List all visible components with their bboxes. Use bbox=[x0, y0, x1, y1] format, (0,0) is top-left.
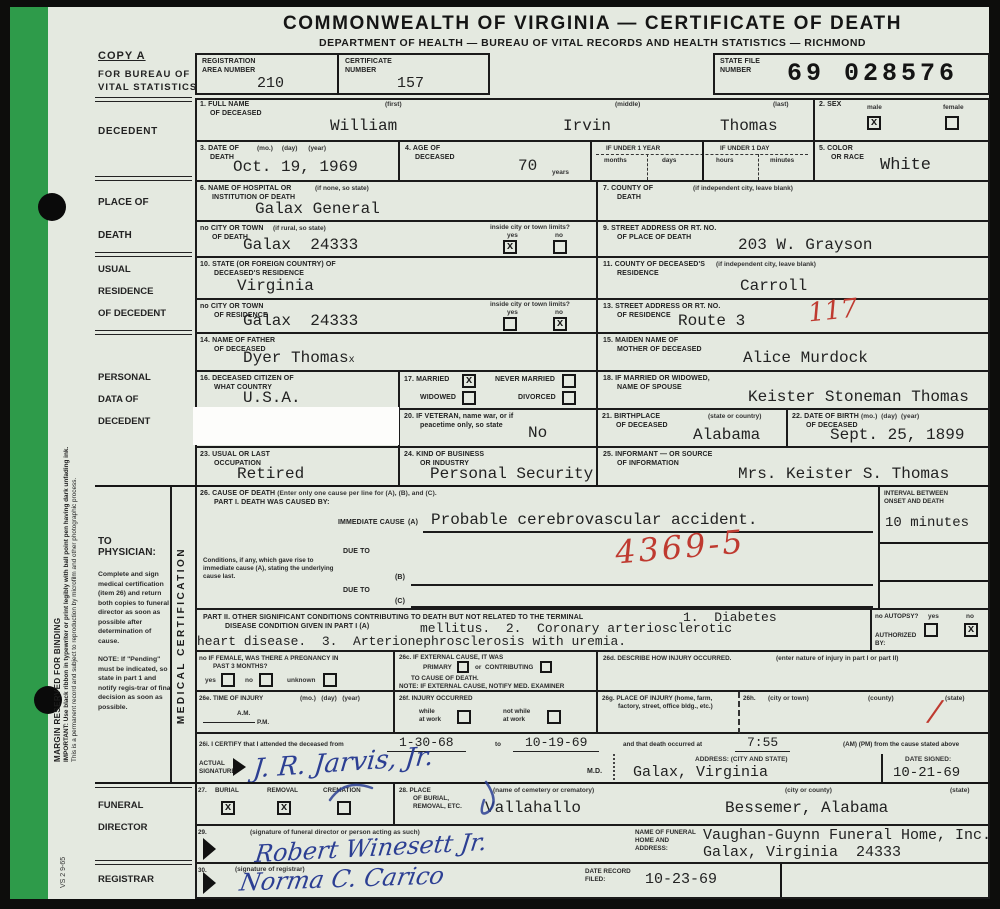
red-annotation-117: 117 bbox=[807, 293, 860, 328]
funeral-home-name: Vaughan-Guynn Funeral Home, Inc. bbox=[703, 827, 991, 844]
field-time-of-injury: 26e. TIME OF INJURY (mo.) (day) (year) A… bbox=[195, 692, 395, 734]
field-interval: INTERVAL BETWEENONSET AND DEATH 10 minut… bbox=[880, 487, 990, 610]
field-cause-of-death: 26. CAUSE OF DEATH (Enter only one cause… bbox=[195, 487, 880, 610]
field-pregnancy: no IF FEMALE, WAS THERE A PREGNANCY INPA… bbox=[195, 652, 395, 692]
field-date-of-death: 3. DATE OFDEATH (mo.) (day) (year) Oct. … bbox=[195, 142, 400, 182]
months-label: months bbox=[604, 157, 627, 165]
field-injury-occurred: 26f. INJURY OCCURRED whileat work not wh… bbox=[395, 692, 598, 734]
conditions-note: Conditions, if any, which gave rise to i… bbox=[203, 557, 343, 581]
field-age: 4. AGE OFDECEASED 70 years bbox=[400, 142, 592, 182]
field-citizen: 16. DECEASED CITIZEN OFWHAT COUNTRY U.S.… bbox=[195, 372, 400, 410]
autopsy-yes-checkbox bbox=[924, 623, 938, 637]
stray-mark: x bbox=[349, 355, 355, 366]
registrar-signature-arrow-icon bbox=[203, 872, 216, 894]
form-code: VS 2 9-65 bbox=[60, 857, 67, 888]
certificate-number-label1: CERTIFICATE bbox=[345, 58, 392, 65]
field-street-residence: 13. STREET ADDRESS OR RT. NO.OF RESIDENC… bbox=[598, 300, 990, 334]
field-father-name: 14. NAME OF FATHEROF DECEASED Dyer Thoma… bbox=[195, 334, 598, 372]
widowed-checkbox bbox=[462, 391, 476, 405]
male-caption: male bbox=[867, 104, 882, 111]
sex-female-checkbox bbox=[945, 116, 959, 130]
field-under-one: IF UNDER 1 YEAR IF UNDER 1 DAY months da… bbox=[592, 142, 815, 182]
under-1-year-label: IF UNDER 1 YEAR bbox=[606, 145, 660, 153]
minutes-label: minutes bbox=[770, 157, 794, 165]
funeral-signature-arrow-icon bbox=[203, 838, 216, 860]
section-personal-2: DATA OF bbox=[98, 394, 138, 405]
injury-at-work-checkbox bbox=[457, 710, 471, 724]
field-registrar: 30. (signature of registrar) Norma C. Ca… bbox=[195, 864, 990, 899]
street-residence-value: Route 3 bbox=[678, 312, 745, 330]
cemetery-value: Vallahallo bbox=[485, 799, 581, 817]
hole-punch-top bbox=[38, 193, 66, 221]
signature-arrow-icon bbox=[233, 758, 246, 776]
copy-label: COPY A bbox=[98, 50, 146, 62]
divorced-checkbox bbox=[562, 391, 576, 405]
county-residence-value: Carroll bbox=[740, 277, 807, 295]
mother-name-value: Alice Murdock bbox=[743, 349, 868, 367]
date-filed-value: 10-23-69 bbox=[645, 871, 717, 888]
to-physician-1: TO bbox=[98, 536, 112, 547]
burial-checkbox: x bbox=[221, 801, 235, 815]
res-limits-yes-checkbox bbox=[503, 317, 517, 331]
registration-area-label1: REGISTRATION bbox=[202, 58, 256, 65]
date-captions: (mo.) (day) (year) bbox=[257, 145, 326, 152]
section-funeral-2: DIRECTOR bbox=[98, 822, 147, 833]
last-name-value: Thomas bbox=[720, 117, 778, 135]
external-contributing-checkbox bbox=[540, 661, 552, 673]
certificate-number-label2: NUMBER bbox=[345, 67, 376, 74]
age-unit: years bbox=[552, 169, 569, 176]
date-of-birth-value: Sept. 25, 1899 bbox=[830, 426, 964, 444]
to-physician-2: PHYSICIAN: bbox=[98, 547, 156, 558]
registrar-signature: Norma C. Carico bbox=[238, 861, 447, 896]
field-veteran: 20. IF VETERAN, name war, or ifpeacetime… bbox=[400, 410, 598, 448]
section-decedent: DECEDENT bbox=[98, 126, 158, 137]
field-place-of-burial: 28. PLACEOF BURIAL,REMOVAL, ETC. (name o… bbox=[395, 784, 990, 826]
registration-area-value: 210 bbox=[257, 75, 284, 92]
md-label: M.D. bbox=[587, 768, 602, 777]
field-date-of-birth: 22. DATE OF BIRTH (mo.) (day) (year)OF D… bbox=[788, 410, 990, 448]
copy-for-line1: FOR BUREAU OF bbox=[98, 69, 190, 80]
street-of-death-value: 203 W. Grayson bbox=[738, 236, 872, 254]
field-state-residence: 10. STATE (OR FOREIGN COUNTRY) OFDECEASE… bbox=[195, 258, 598, 300]
field-street-of-death: 9. STREET ADDRESS OR RT. NO.OF PLACE OF … bbox=[598, 222, 990, 258]
business-value: Personal Security bbox=[430, 465, 593, 483]
certificate-title: COMMONWEALTH OF VIRGINIA — CERTIFICATE O… bbox=[195, 13, 990, 35]
hospital-value: Galax General bbox=[255, 200, 380, 218]
pregnancy-unknown-checkbox bbox=[323, 673, 337, 687]
field-city-of-death: no CITY OR TOWNOF DEATH (if rural, so st… bbox=[195, 222, 598, 258]
certificate-subtitle: DEPARTMENT OF HEALTH — BUREAU OF VITAL R… bbox=[195, 37, 990, 49]
state-residence-value: Virginia bbox=[237, 277, 314, 295]
registration-area-label2: AREA NUMBER bbox=[202, 67, 255, 74]
death-time-value: 7:55 bbox=[735, 735, 790, 752]
city-limits-no-checkbox bbox=[553, 240, 567, 254]
external-primary-checkbox bbox=[457, 661, 469, 673]
field-business: 24. KIND OF BUSINESSOR INDUSTRY Personal… bbox=[400, 448, 598, 487]
field-funeral-director: 29. (signature of funeral director or pe… bbox=[195, 826, 990, 864]
section-funeral-1: FUNERAL bbox=[98, 800, 143, 811]
date-signed-value: 10-21-69 bbox=[893, 765, 960, 781]
field-hospital: 6. NAME OF HOSPITAL ORINSTITUTION OF DEA… bbox=[195, 182, 598, 222]
field-how-injury: 26d. DESCRIBE HOW INJURY OCCURRED. (ente… bbox=[598, 652, 990, 692]
middle-caption: (middle) bbox=[615, 101, 640, 108]
female-caption: female bbox=[943, 104, 964, 111]
cremation-checkbox bbox=[337, 801, 351, 815]
medical-certification-label: MEDICAL CERTIFICATION bbox=[176, 493, 187, 778]
first-caption: (first) bbox=[385, 101, 402, 108]
section-place-of-death-2: DEATH bbox=[98, 230, 132, 241]
field-full-name: 1. FULL NAMEOF DECEASED (first) (middle)… bbox=[195, 98, 815, 142]
death-certificate-scan: MARGIN RESERVED FOR BINDING IMPORTANT: U… bbox=[0, 0, 1000, 909]
state-file-label1: STATE FILE bbox=[720, 58, 760, 65]
section-personal-3: DECEDENT bbox=[98, 416, 150, 427]
part2-typed-3: heart disease. 3. Arterionephrosclerosis… bbox=[197, 634, 626, 649]
days-label: days bbox=[662, 157, 676, 165]
never-married-checkbox bbox=[562, 374, 576, 388]
section-residence-2: RESIDENCE bbox=[98, 286, 153, 297]
section-residence-1: USUAL bbox=[98, 264, 131, 275]
pregnancy-no-checkbox bbox=[259, 673, 273, 687]
field-county-of-death: 7. COUNTY OFDEATH (if independent city, … bbox=[598, 182, 990, 222]
veteran-value: No bbox=[528, 424, 547, 442]
spouse-value: Keister Stoneman Thomas bbox=[748, 388, 969, 406]
field-county-residence: 11. COUNTY OF DECEASED'SRESIDENCE (if in… bbox=[598, 258, 990, 300]
field-birthplace: 21. BIRTHPLACEOF DECEASED (state or coun… bbox=[598, 410, 788, 448]
field-physician-address: ADDRESS: (CITY AND STATE) Galax, Virgini… bbox=[615, 754, 883, 784]
field-physician-signature: ACTUALSIGNATURE J. R. Jarvis, Jr. M.D. bbox=[195, 754, 615, 784]
certificate-number-value: 157 bbox=[397, 75, 424, 92]
field-disposition: 27. BURIAL REMOVAL CREMATION x x bbox=[195, 784, 395, 826]
field-redacted-19 bbox=[195, 410, 400, 448]
autopsy-no-checkbox: x bbox=[964, 623, 978, 637]
section-place-of-death-1: PLACE OF bbox=[98, 197, 149, 208]
date-of-death-value: Oct. 19, 1969 bbox=[233, 158, 358, 176]
color-race-value: White bbox=[880, 156, 931, 175]
field-marital-status: 17. MARRIED x NEVER MARRIED WIDOWED DIVO… bbox=[400, 372, 598, 410]
physician-note: Complete and sign medical certification … bbox=[98, 570, 174, 646]
res-limits-no-checkbox: x bbox=[553, 317, 567, 331]
physician-address-value: Galax, Virginia bbox=[633, 764, 768, 781]
field-date-signed: DATE SIGNED: 10-21-69 bbox=[883, 754, 990, 784]
field-place-of-injury: 26g. PLACE OF INJURY (home, farm,factory… bbox=[598, 692, 740, 734]
funeral-home-address: Galax, Virginia 24333 bbox=[703, 844, 901, 861]
red-slash-mark: / bbox=[928, 693, 943, 729]
field-city-residence: no CITY OR TOWNOF RESIDENCE Galax 24333 … bbox=[195, 300, 598, 334]
injury-not-at-work-checkbox bbox=[547, 710, 561, 724]
citizen-value: U.S.A. bbox=[243, 389, 301, 407]
married-checkbox: x bbox=[462, 374, 476, 388]
field-occupation: 23. USUAL OR LASTOCCUPATION Retired bbox=[195, 448, 400, 487]
section-registrar: REGISTRAR bbox=[98, 874, 154, 885]
state-file-value: 69 028576 bbox=[787, 59, 958, 88]
birthplace-value: Alabama bbox=[693, 426, 760, 444]
field-sex: 2. SEX male female x bbox=[815, 98, 990, 142]
section-personal-1: PERSONAL bbox=[98, 372, 151, 383]
informant-value: Mrs. Keister S. Thomas bbox=[738, 465, 949, 483]
hours-label: hours bbox=[716, 157, 734, 165]
city-residence-value: Galax 24333 bbox=[243, 312, 358, 330]
field-part2: PART II. OTHER SIGNIFICANT CONDITIONS CO… bbox=[195, 610, 872, 652]
field-autopsy: no AUTOPSY? yes no x AUTHORIZEDBY: bbox=[872, 610, 990, 652]
age-value: 70 bbox=[518, 157, 537, 175]
redaction-whiteout bbox=[193, 407, 399, 445]
field-external-cause: 26c. IF EXTERNAL CAUSE, IT WAS PRIMARY o… bbox=[395, 652, 598, 692]
city-limits-yes-checkbox: x bbox=[503, 240, 517, 254]
section-residence-3: OF DECEDENT bbox=[98, 308, 166, 319]
copy-for-line2: VITAL STATISTICS bbox=[98, 82, 197, 93]
city-of-death-value: Galax 24333 bbox=[243, 236, 358, 254]
attended-to-value: 10-19-69 bbox=[513, 735, 599, 752]
first-name-value: William bbox=[330, 117, 397, 135]
occupation-value: Retired bbox=[237, 465, 304, 483]
binding-stripe bbox=[10, 7, 48, 899]
sex-male-checkbox: x bbox=[867, 116, 881, 130]
burial-city-value: Bessemer, Alabama bbox=[725, 799, 888, 817]
margin-binding-text: MARGIN RESERVED FOR BINDING IMPORTANT: U… bbox=[53, 447, 78, 762]
under-1-day-label: IF UNDER 1 DAY bbox=[720, 145, 769, 153]
field-color-race: 5. COLOROR RACE White bbox=[815, 142, 990, 182]
state-file-label2: NUMBER bbox=[720, 67, 751, 74]
pending-note: NOTE: If "Pending" must be indicated, so… bbox=[98, 655, 176, 712]
middle-name-value: Irvin bbox=[563, 117, 611, 135]
field-informant: 25. INFORMANT — OR SOURCEOF INFORMATION … bbox=[598, 448, 990, 487]
father-name-value: Dyer Thomasx bbox=[243, 349, 355, 367]
removal-checkbox: x bbox=[277, 801, 291, 815]
interval-value: 10 minutes bbox=[885, 515, 969, 531]
field-injury-location: 26h. (city or town) (county) (state) / bbox=[740, 692, 990, 734]
pregnancy-yes-checkbox bbox=[221, 673, 235, 687]
field-spouse: 18. IF MARRIED OR WIDOWED,NAME OF SPOUSE… bbox=[598, 372, 990, 410]
field-mother-name: 15. MAIDEN NAME OFMOTHER OF DECEASED Ali… bbox=[598, 334, 990, 372]
last-caption: (last) bbox=[773, 101, 789, 108]
